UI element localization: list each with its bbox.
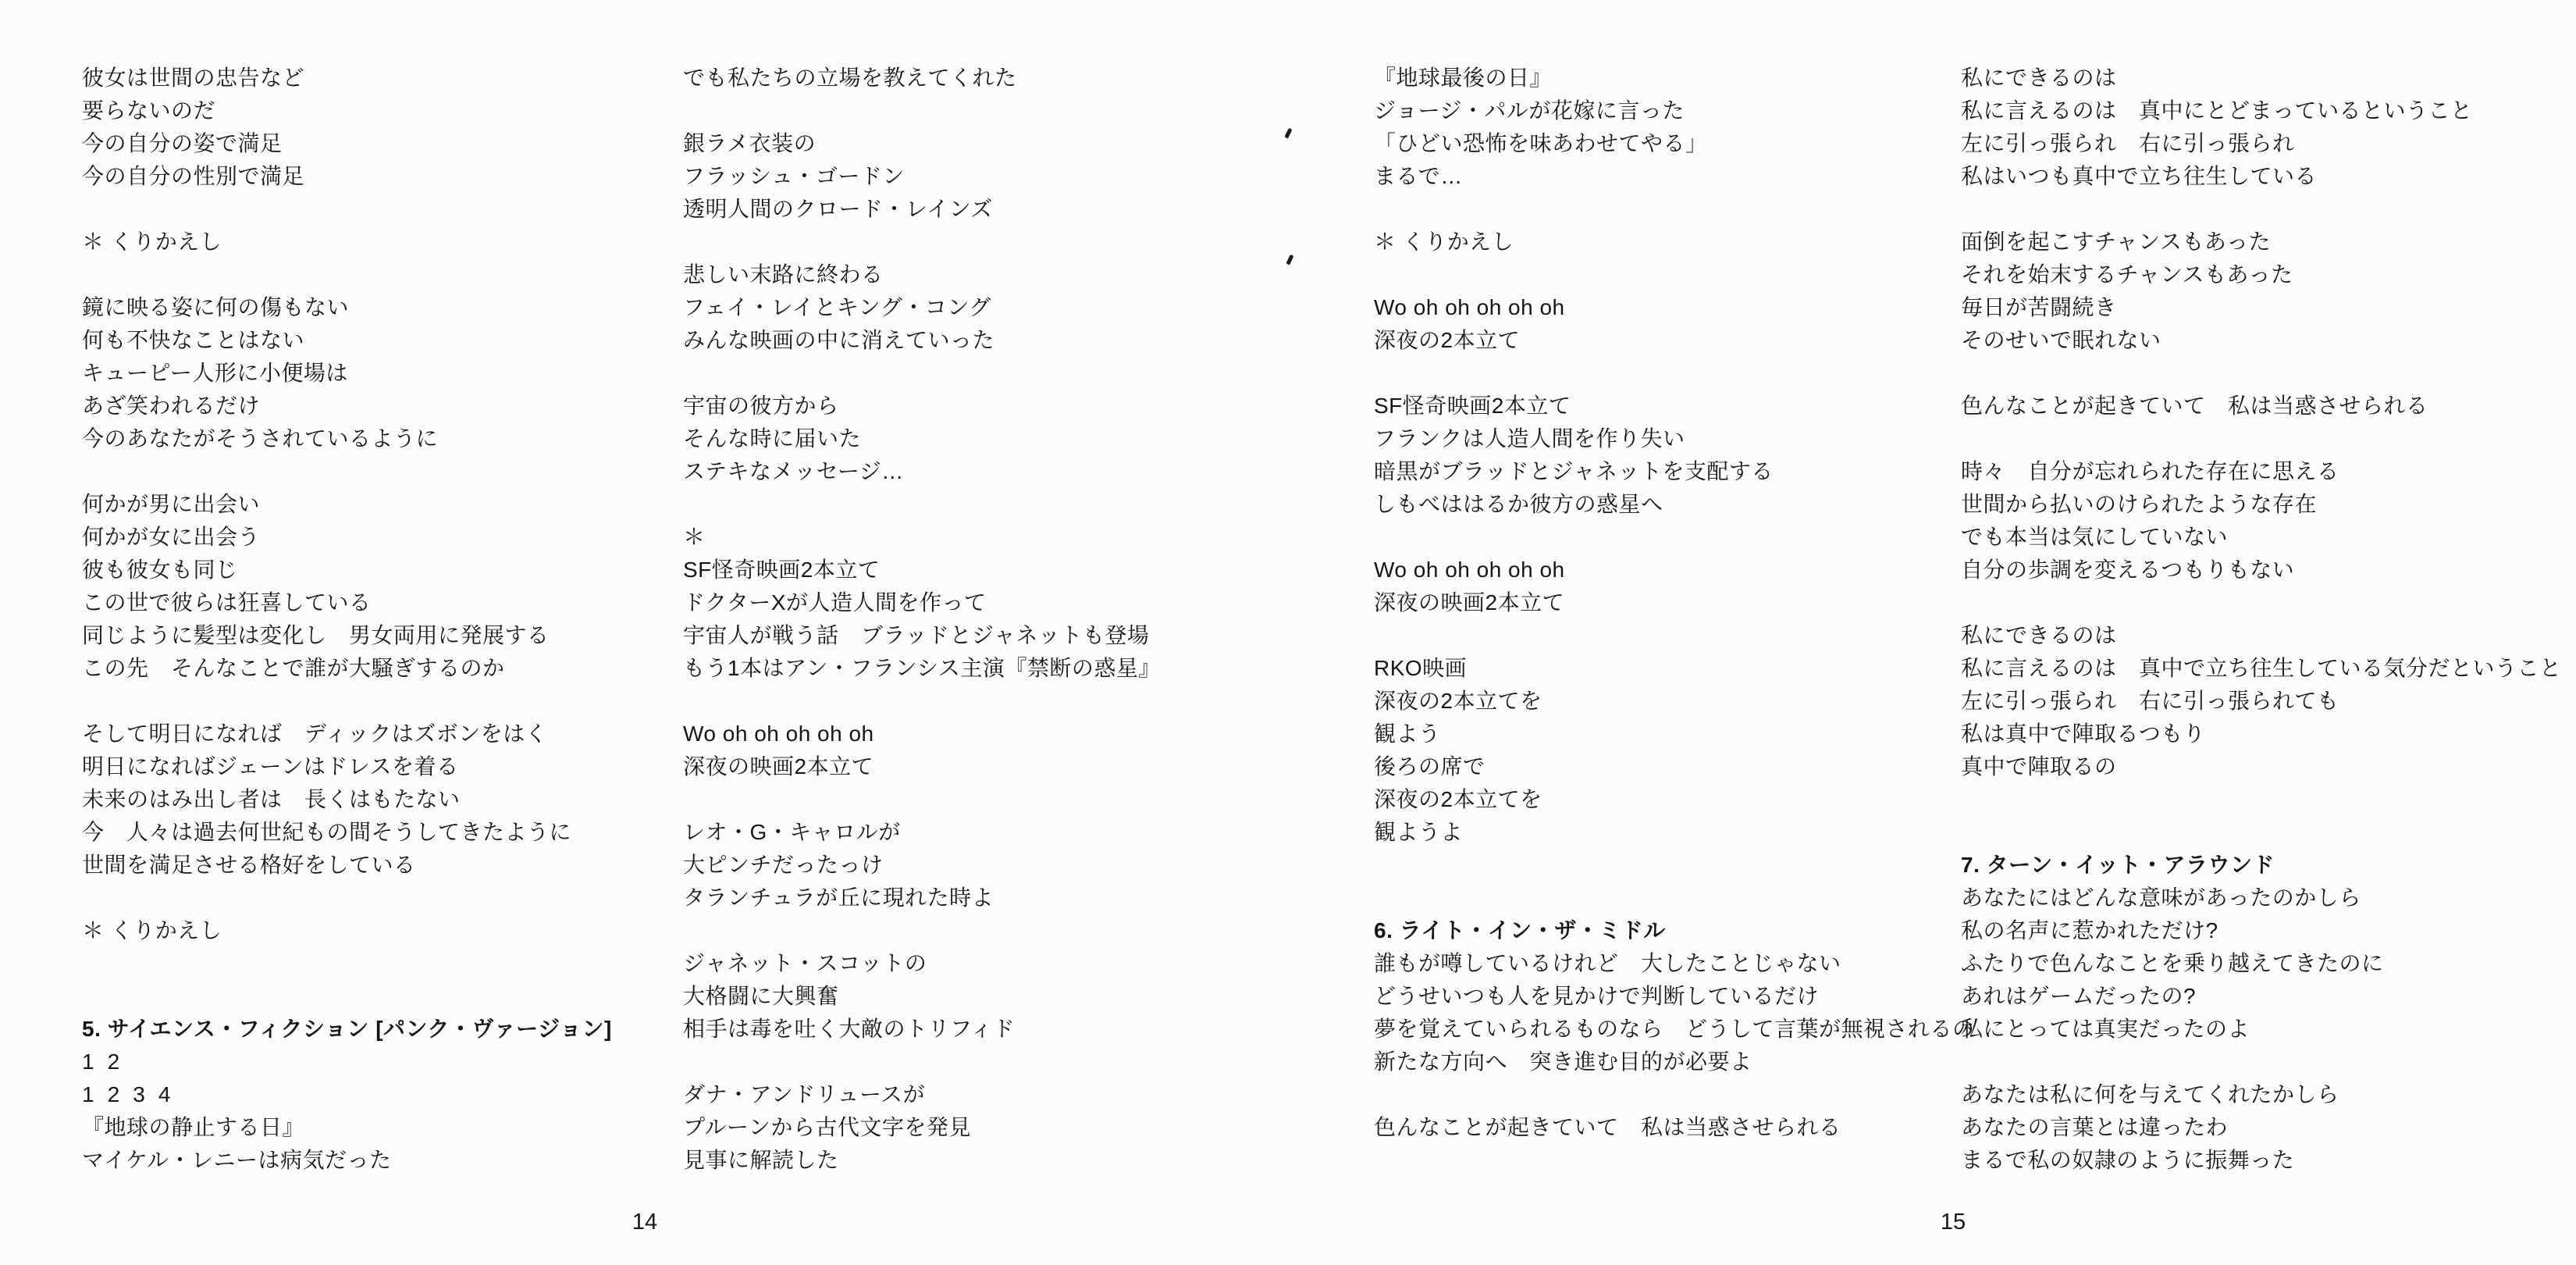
lyrics-column-2: でも私たちの立場を教えてくれた銀ラメ衣装のフラッシュ・ゴードン透明人間のクロード… [683,62,1161,1177]
lyric-line: キューピー人形に小便場は [82,357,612,390]
lyric-line: 『地球の静止する日』 [82,1111,612,1144]
lyric-line: 悲しい末路に終わる [683,258,1161,291]
lyric-line: フラッシュ・ゴードン [683,160,1161,193]
lyric-line: ＊ [683,521,1161,554]
lyrics-column-4: 私にできるのは私に言えるのは 真中にとどまっているということ左に引っ張られ 右に… [1961,62,2562,1177]
lyric-line: あざ笑われるだけ [82,390,612,422]
lyric-line: 1 2 [82,1046,612,1078]
lyric-line: SF怪奇映画2本立て [1374,390,1975,422]
lyric-line: ＊ くりかえし [82,914,612,947]
lyric-line: 後ろの席で [1374,750,1975,783]
lyric-line: そのせいで眠れない [1961,324,2562,357]
lyric-line: ダナ・アンドリュースが [683,1078,1161,1111]
track-title: 7. ターン・イット・アラウンド [1961,849,2562,882]
booklet-page-right: 『地球最後の日』ジョージ・パルが花嫁に言った「ひどい恐怖を味あわせてやる」まるで… [1288,0,2576,1265]
lyric-line: ジャネット・スコットの [683,947,1161,980]
track-title: 6. ライト・イン・ザ・ミドル [1374,914,1975,947]
lyric-line: 観よう [1374,718,1975,750]
lyric-line: 私に言えるのは 真中で立ち往生している気分だということ [1961,652,2562,685]
lyric-line: RKO映画 [1374,652,1975,685]
lyric-line: でも本当は気にしていない [1961,521,2562,554]
lyric-line: 1 2 3 4 [82,1078,612,1111]
lyric-line: 私の名声に惹かれただけ? [1961,914,2562,947]
lyrics-column-1: 彼女は世間の忠告など要らないのだ今の自分の姿で満足今の自分の性別で満足＊ くりか… [82,62,612,1177]
lyric-line: 左に引っ張られ 右に引っ張られ [1961,127,2562,160]
lyric-line: 要らないのだ [82,94,612,127]
lyric-line: 未来のはみ出し者は 長くはもたない [82,783,612,816]
lyric-line: 私にできるのは [1961,62,2562,94]
lyric-line: 大ピンチだったっけ [683,849,1161,882]
lyric-line: フランクは人造人間を作り失い [1374,422,1975,455]
lyric-line: しもべははるか彼方の惑星へ [1374,488,1975,521]
lyric-line: 透明人間のクロード・レインズ [683,193,1161,226]
lyric-line: 面倒を起こすチャンスもあった [1961,226,2562,258]
lyric-line: 彼女は世間の忠告など [82,62,612,94]
lyric-line: 明日になればジェーンはドレスを着る [82,750,612,783]
lyric-line: 見事に解読した [683,1144,1161,1177]
lyric-line: 私に言えるのは 真中にとどまっているということ [1961,94,2562,127]
lyric-line: 鏡に映る姿に何の傷もない [82,291,612,324]
track-title: 5. サイエンス・フィクション [パンク・ヴァージョン] [82,1013,612,1046]
lyric-line: 深夜の映画2本立て [1374,586,1975,619]
lyrics-column-3: 『地球最後の日』ジョージ・パルが花嫁に言った「ひどい恐怖を味あわせてやる」まるで… [1374,62,1975,1144]
lyric-line: ドクターXが人造人間を作って [683,586,1161,619]
lyric-line: 何かが女に出会う [82,521,612,554]
lyric-line: 私にできるのは [1961,619,2562,652]
booklet-spread: { "colors": { "paper": "#fcfcfb", "ink":… [0,0,2576,1265]
lyric-line: まるで… [1374,160,1975,193]
lyric-line: どうせいつも人を見かけで判断しているだけ [1374,980,1975,1013]
lyric-line: そんな時に届いた [683,422,1161,455]
lyric-line: 自分の歩調を変えるつもりもない [1961,554,2562,586]
lyric-line: もう1本はアン・フランシス主演『禁断の惑星』 [683,652,1161,685]
lyric-line: 夢を覚えていられるものなら どうして言葉が無視されるの [1374,1013,1975,1046]
lyric-line: ＊ くりかえし [82,226,612,258]
lyric-line: 世間を満足させる格好をしている [82,849,612,882]
lyric-line: まるで私の奴隷のように振舞った [1961,1144,2562,1177]
lyric-line: あなたの言葉とは違ったわ [1961,1111,2562,1144]
lyric-line: 深夜の映画2本立て [683,750,1161,783]
lyric-line: 時々 自分が忘れられた存在に思える [1961,455,2562,488]
lyric-line: 彼も彼女も同じ [82,554,612,586]
lyric-line: 何も不快なことはない [82,324,612,357]
lyric-line: この世で彼らは狂喜している [82,586,612,619]
lyric-line: 左に引っ張られ 右に引っ張られても [1961,685,2562,718]
lyric-line: 今の自分の姿で満足 [82,127,612,160]
lyric-line: 私は真中で陣取るつもり [1961,718,2562,750]
lyric-line: 私にとっては真実だったのよ [1961,1013,2562,1046]
lyric-line: 銀ラメ衣装の [683,127,1161,160]
lyric-line: それを始末するチャンスもあった [1961,258,2562,291]
booklet-page-left: 彼女は世間の忠告など要らないのだ今の自分の姿で満足今の自分の性別で満足＊ くりか… [0,0,1288,1265]
lyric-line: 相手は毒を吐く大敵のトリフィド [683,1013,1161,1046]
page-number-right: 15 [1941,1206,1966,1238]
lyric-line: フェイ・レイとキング・コング [683,291,1161,324]
lyric-line: 何かが男に出会い [82,488,612,521]
lyric-line: Wo oh oh oh oh oh [1374,291,1975,324]
lyric-line: 色んなことが起きていて 私は当惑させられる [1374,1111,1975,1144]
lyric-line: あなたにはどんな意味があったのかしら [1961,882,2562,914]
lyric-line: ＊ くりかえし [1374,226,1975,258]
lyric-line: Wo oh oh oh oh oh [1374,554,1975,586]
lyric-line: 深夜の2本立てを [1374,685,1975,718]
lyric-line: みんな映画の中に消えていった [683,324,1161,357]
lyric-line: 「ひどい恐怖を味あわせてやる」 [1374,127,1975,160]
lyric-line: 大格闘に大興奮 [683,980,1161,1013]
lyric-line: 新たな方向へ 突き進む目的が必要よ [1374,1046,1975,1078]
lyric-line: 今 人々は過去何世紀もの間そうしてきたように [82,816,612,849]
lyric-line: 今のあなたがそうされているように [82,422,612,455]
lyric-line: 暗黒がブラッドとジャネットを支配する [1374,455,1975,488]
lyric-line: 観ようよ [1374,816,1975,849]
lyric-line: あなたは私に何を与えてくれたかしら [1961,1078,2562,1111]
lyric-line: 誰もが噂しているけれど 大したことじゃない [1374,947,1975,980]
lyric-line: でも私たちの立場を教えてくれた [683,62,1161,94]
lyric-line: 同じように髪型は変化し 男女両用に発展する [82,619,612,652]
lyric-line: レオ・G・キャロルが [683,816,1161,849]
page-number-left: 14 [632,1206,657,1238]
lyric-line: この先 そんなことで誰が大騒ぎするのか [82,652,612,685]
lyric-line: 真中で陣取るの [1961,750,2562,783]
lyric-line: Wo oh oh oh oh oh [683,718,1161,750]
lyric-line: 宇宙の彼方から [683,390,1161,422]
lyric-line: 世間から払いのけられたような存在 [1961,488,2562,521]
lyric-line: マイケル・レニーは病気だった [82,1144,612,1177]
lyric-line: あれはゲームだったの? [1961,980,2562,1013]
lyric-line: 色んなことが起きていて 私は当惑させられる [1961,390,2562,422]
lyric-line: ステキなメッセージ… [683,455,1161,488]
lyric-line: プルーンから古代文字を発見 [683,1111,1161,1144]
lyric-line: 毎日が苦闘続き [1961,291,2562,324]
lyric-line: ふたりで色んなことを乗り越えてきたのに [1961,947,2562,980]
lyric-line: SF怪奇映画2本立て [683,554,1161,586]
lyric-line: 私はいつも真中で立ち往生している [1961,160,2562,193]
lyric-line: 深夜の2本立てを [1374,783,1975,816]
lyric-line: ジョージ・パルが花嫁に言った [1374,94,1975,127]
lyric-line: 『地球最後の日』 [1374,62,1975,94]
lyric-line: 深夜の2本立て [1374,324,1975,357]
lyric-line: 宇宙人が戦う話 ブラッドとジャネットも登場 [683,619,1161,652]
lyric-line: そして明日になれば ディックはズボンをはく [82,718,612,750]
lyric-line: 今の自分の性別で満足 [82,160,612,193]
lyric-line: タランチュラが丘に現れた時よ [683,882,1161,914]
